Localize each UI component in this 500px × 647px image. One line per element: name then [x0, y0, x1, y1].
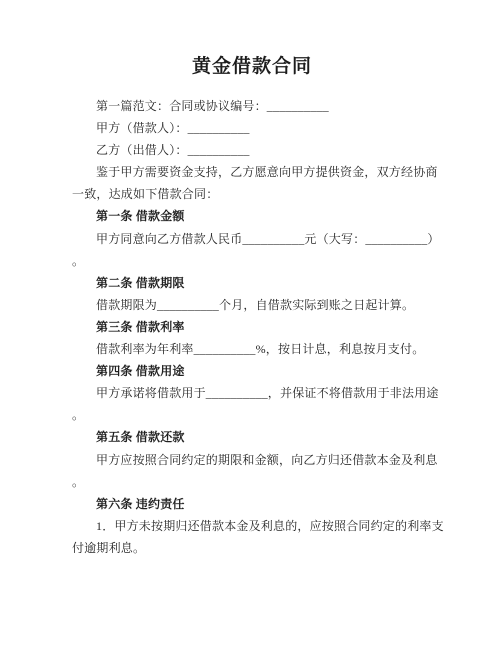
contract-body: 黄金借款合同 第一篇范文：合同或协议编号：__________ 甲方（借款人）：…: [72, 57, 432, 559]
preamble-line-1: 鉴于甲方需要资金支持，乙方愿意向甲方提供资金，双方经协商: [72, 161, 432, 183]
article-4-body-overflow: 。: [72, 404, 432, 426]
contract-number-line: 第一篇范文：合同或协议编号：__________: [72, 95, 432, 117]
article-2-body-line: 借款期限为__________个月，自借款实际到账之日起计算。: [72, 294, 432, 316]
article-3-heading: 第三条 借款利率: [72, 316, 432, 338]
preamble-line-2: 一致，达成如下借款合同：: [72, 183, 432, 205]
article-1-body-line: 甲方同意向乙方借款人民币__________元（大写：__________）: [72, 228, 432, 250]
contract-document-page: 黄金借款合同 第一篇范文：合同或协议编号：__________ 甲方（借款人）：…: [0, 0, 500, 647]
article-5-body-overflow: 。: [72, 471, 432, 493]
article-1-heading: 第一条 借款金额: [72, 205, 432, 227]
article-5-body-line: 甲方应按照合同约定的期限和金额，向乙方归还借款本金及利息: [72, 449, 432, 471]
party-a-borrower-line: 甲方（借款人）：__________: [72, 117, 432, 139]
article-2-heading: 第二条 借款期限: [72, 272, 432, 294]
article-6-heading: 第六条 违约责任: [72, 493, 432, 515]
article-6-body-line-1: 1．甲方未按期归还借款本金及利息的，应按照合同约定的利率支: [72, 515, 432, 537]
page-title: 黄金借款合同: [72, 57, 432, 77]
article-5-heading: 第五条 借款还款: [72, 426, 432, 448]
article-6-body-line-2: 付逾期利息。: [72, 537, 432, 559]
article-4-body-line: 甲方承诺将借款用于__________，并保证不将借款用于非法用途: [72, 382, 432, 404]
article-1-body-overflow: 。: [72, 250, 432, 272]
party-b-lender-line: 乙方（出借人）：__________: [72, 139, 432, 161]
article-4-heading: 第四条 借款用途: [72, 360, 432, 382]
article-3-body-line: 借款利率为年利率__________%，按日计息，利息按月支付。: [72, 338, 432, 360]
